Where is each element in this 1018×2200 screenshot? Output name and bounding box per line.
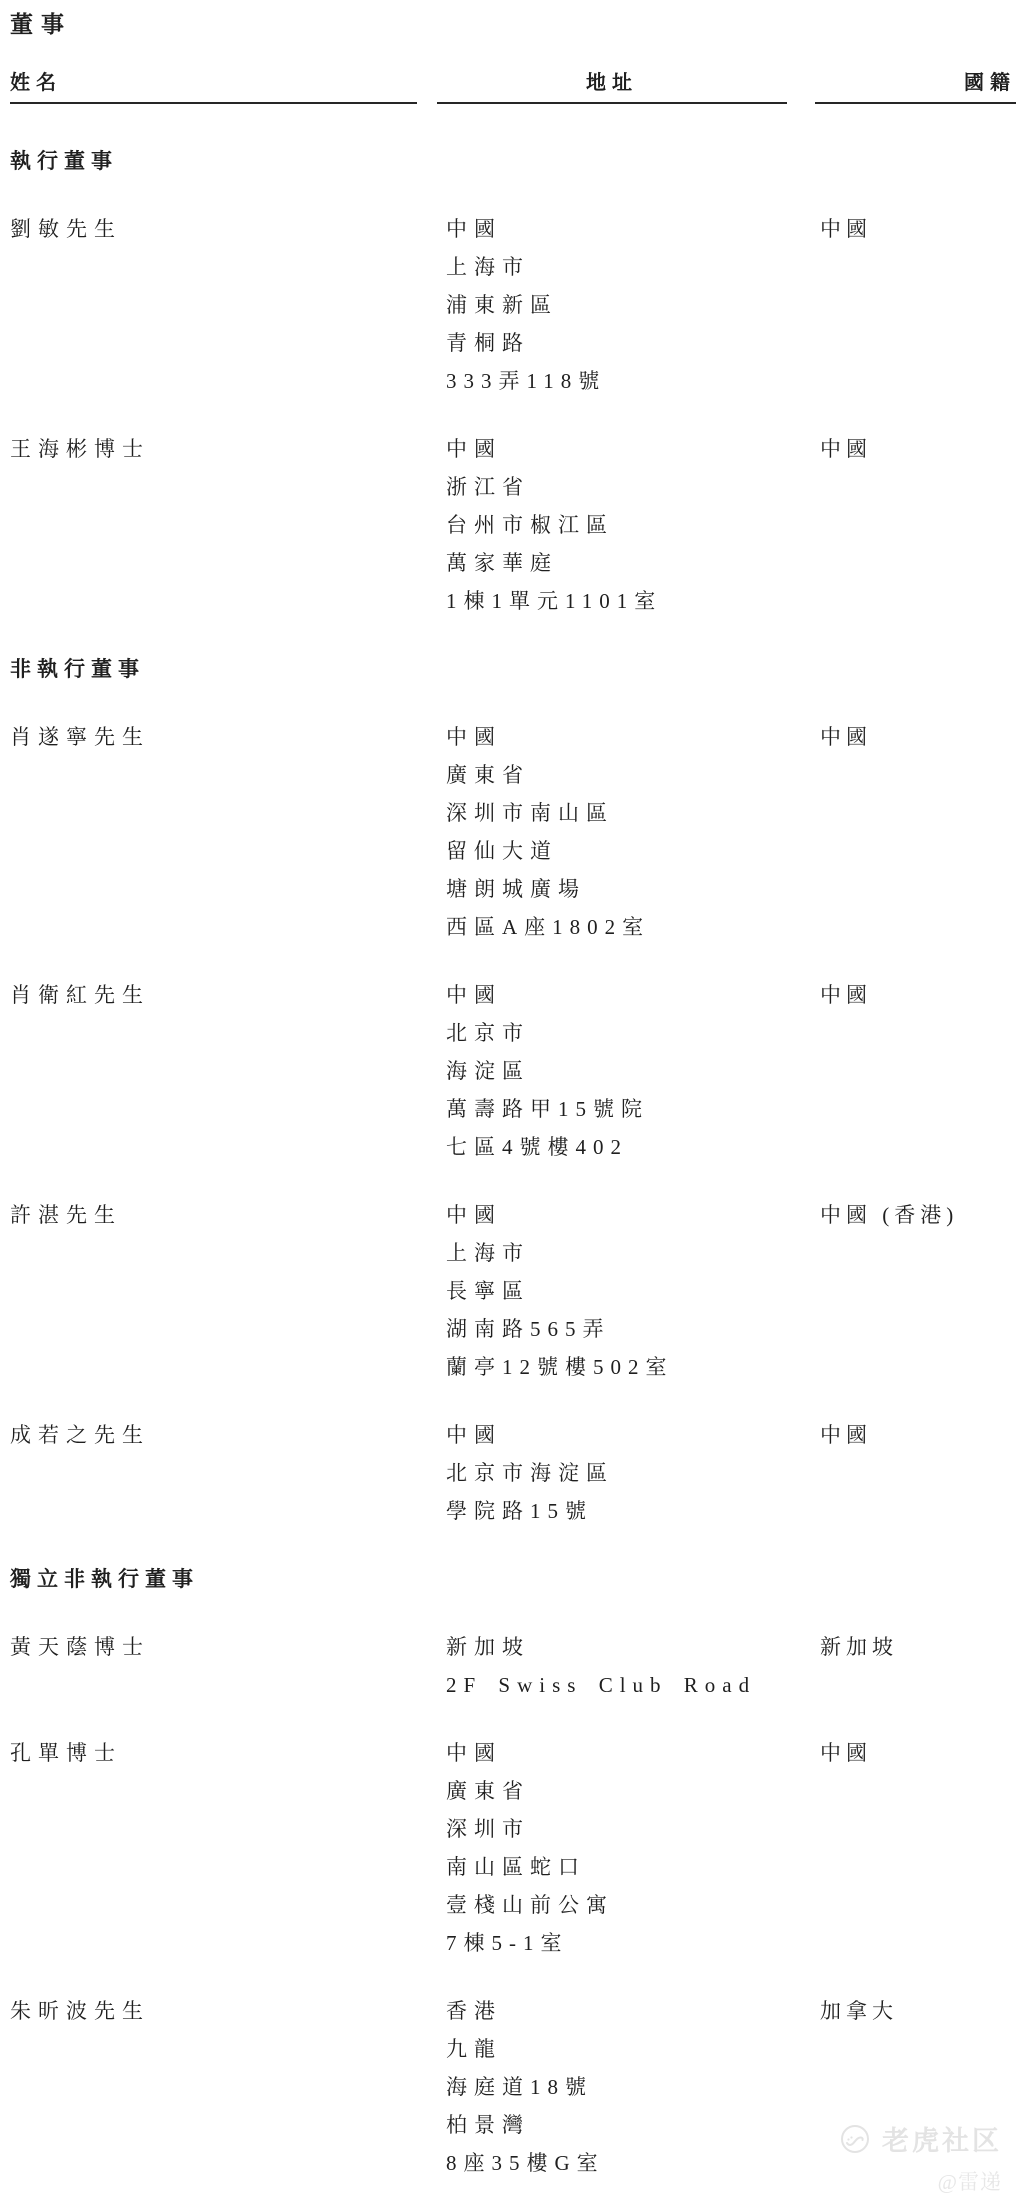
address-line: 2F Swiss Club Road bbox=[446, 1666, 787, 1704]
director-address: 中國廣東省深圳市南山區蛇口壹棧山前公寓7棟5-1室 bbox=[437, 1734, 787, 1962]
address-line: 7棟5-1室 bbox=[446, 1924, 787, 1962]
address-line: 西區A座1802室 bbox=[446, 908, 787, 946]
address-line: 壹棧山前公寓 bbox=[446, 1886, 787, 1924]
director-nationality: 中國 bbox=[815, 976, 1016, 1014]
director-row: 肖衛紅先生中國北京市海淀區萬壽路甲15號院七區4號樓402中國 bbox=[10, 976, 1018, 1166]
address-line: 中國 bbox=[446, 1734, 787, 1772]
directors-section: 董事 姓名 地址 國籍 執行董事劉敏先生中國上海市浦東新區青桐路333弄118號… bbox=[0, 6, 1018, 2182]
address-line: 廣東省 bbox=[446, 1772, 787, 1810]
table-header-row: 姓名 地址 國籍 bbox=[10, 65, 1018, 104]
director-row: 肖遂寧先生中國廣東省深圳市南山區留仙大道塘朗城廣場西區A座1802室中國 bbox=[10, 718, 1018, 946]
watermark-community-text: 老虎社区 bbox=[882, 2119, 1002, 2158]
address-line: 上海市 bbox=[446, 248, 787, 286]
address-line: 深圳市南山區 bbox=[446, 794, 787, 832]
director-nationality: 中國 bbox=[815, 1416, 1016, 1454]
column-header-name: 姓名 bbox=[10, 65, 417, 104]
director-nationality: 新加坡 bbox=[815, 1628, 1016, 1666]
address-line: 8座35樓G室 bbox=[446, 2144, 787, 2182]
address-line: 台州市椒江區 bbox=[446, 506, 787, 544]
director-name: 孔單博士 bbox=[10, 1734, 417, 1772]
address-line: 萬壽路甲15號院 bbox=[446, 1090, 787, 1128]
director-row: 劉敏先生中國上海市浦東新區青桐路333弄118號中國 bbox=[10, 210, 1018, 400]
address-line: 香港 bbox=[446, 1992, 787, 2030]
director-address: 香港九龍海庭道18號柏景灣8座35樓G室 bbox=[437, 1992, 787, 2182]
column-header-nationality: 國籍 bbox=[815, 65, 1016, 104]
section-heading: 非執行董事 bbox=[10, 650, 1018, 688]
address-line: 中國 bbox=[446, 210, 787, 248]
director-nationality: 中國 bbox=[815, 210, 1016, 248]
director-name: 肖遂寧先生 bbox=[10, 718, 417, 756]
director-row: 成若之先生中國北京市海淀區學院路15號中國 bbox=[10, 1416, 1018, 1530]
director-name: 成若之先生 bbox=[10, 1416, 417, 1454]
director-address: 中國北京市海淀區萬壽路甲15號院七區4號樓402 bbox=[437, 976, 787, 1166]
director-row: 王海彬博士中國浙江省台州市椒江區萬家華庭1棟1單元1101室中國 bbox=[10, 430, 1018, 620]
director-address: 中國廣東省深圳市南山區留仙大道塘朗城廣場西區A座1802室 bbox=[437, 718, 787, 946]
address-line: 中國 bbox=[446, 976, 787, 1014]
address-line: 上海市 bbox=[446, 1234, 787, 1272]
address-line: 塘朗城廣場 bbox=[446, 870, 787, 908]
director-row: 黃天蔭博士新加坡2F Swiss Club Road新加坡 bbox=[10, 1628, 1018, 1704]
address-line: 1棟1單元1101室 bbox=[446, 582, 787, 620]
director-name: 劉敏先生 bbox=[10, 210, 417, 248]
address-line: 浦東新區 bbox=[446, 286, 787, 324]
director-nationality: 加拿大 bbox=[815, 1992, 1016, 2030]
address-line: 學院路15號 bbox=[446, 1492, 787, 1530]
director-nationality: 中國 bbox=[815, 1734, 1016, 1772]
address-line: 北京市海淀區 bbox=[446, 1454, 787, 1492]
directors-table: 執行董事劉敏先生中國上海市浦東新區青桐路333弄118號中國王海彬博士中國浙江省… bbox=[10, 142, 1018, 2182]
director-name: 黃天蔭博士 bbox=[10, 1628, 417, 1666]
address-line: 長寧區 bbox=[446, 1272, 787, 1310]
director-name: 王海彬博士 bbox=[10, 430, 417, 468]
director-address: 中國上海市長寧區湖南路565弄蘭亭12號樓502室 bbox=[437, 1196, 787, 1386]
director-name: 肖衛紅先生 bbox=[10, 976, 417, 1014]
director-name: 朱昕波先生 bbox=[10, 1992, 417, 2030]
director-row: 許湛先生中國上海市長寧區湖南路565弄蘭亭12號樓502室中國 (香港) bbox=[10, 1196, 1018, 1386]
director-nationality: 中國 bbox=[815, 430, 1016, 468]
address-line: 海淀區 bbox=[446, 1052, 787, 1090]
director-address: 中國北京市海淀區學院路15號 bbox=[437, 1416, 787, 1530]
address-line: 蘭亭12號樓502室 bbox=[446, 1348, 787, 1386]
address-line: 北京市 bbox=[446, 1014, 787, 1052]
address-line: 南山區蛇口 bbox=[446, 1848, 787, 1886]
address-line: 浙江省 bbox=[446, 468, 787, 506]
address-line: 九龍 bbox=[446, 2030, 787, 2068]
address-line: 七區4號樓402 bbox=[446, 1128, 787, 1166]
address-line: 333弄118號 bbox=[446, 362, 787, 400]
section-heading: 執行董事 bbox=[10, 142, 1018, 180]
address-line: 深圳市 bbox=[446, 1810, 787, 1848]
address-line: 萬家華庭 bbox=[446, 544, 787, 582]
address-line: 廣東省 bbox=[446, 756, 787, 794]
watermark: 老虎社区 @雷递 bbox=[840, 2119, 1002, 2196]
address-line: 中國 bbox=[446, 718, 787, 756]
director-address: 中國上海市浦東新區青桐路333弄118號 bbox=[437, 210, 787, 400]
director-address: 中國浙江省台州市椒江區萬家華庭1棟1單元1101室 bbox=[437, 430, 787, 620]
director-address: 新加坡2F Swiss Club Road bbox=[437, 1628, 787, 1704]
director-nationality: 中國 (香港) bbox=[815, 1196, 1016, 1234]
director-row: 孔單博士中國廣東省深圳市南山區蛇口壹棧山前公寓7棟5-1室中國 bbox=[10, 1734, 1018, 1962]
address-line: 中國 bbox=[446, 430, 787, 468]
prospectus-page: 董事 姓名 地址 國籍 執行董事劉敏先生中國上海市浦東新區青桐路333弄118號… bbox=[0, 6, 1018, 2200]
page-title: 董事 bbox=[10, 6, 1018, 44]
watermark-handle-text: @雷递 bbox=[938, 2166, 1002, 2196]
address-line: 青桐路 bbox=[446, 324, 787, 362]
address-line: 留仙大道 bbox=[446, 832, 787, 870]
address-line: 中國 bbox=[446, 1196, 787, 1234]
director-nationality: 中國 bbox=[815, 718, 1016, 756]
address-line: 海庭道18號 bbox=[446, 2068, 787, 2106]
address-line: 湖南路565弄 bbox=[446, 1310, 787, 1348]
section-heading: 獨立非執行董事 bbox=[10, 1560, 1018, 1598]
watermark-brand: 老虎社区 bbox=[840, 2119, 1002, 2158]
address-line: 柏景灣 bbox=[446, 2106, 787, 2144]
column-header-address: 地址 bbox=[437, 65, 787, 104]
director-name: 許湛先生 bbox=[10, 1196, 417, 1234]
address-line: 新加坡 bbox=[446, 1628, 787, 1666]
tiger-circle-icon bbox=[840, 2124, 870, 2154]
address-line: 中國 bbox=[446, 1416, 787, 1454]
